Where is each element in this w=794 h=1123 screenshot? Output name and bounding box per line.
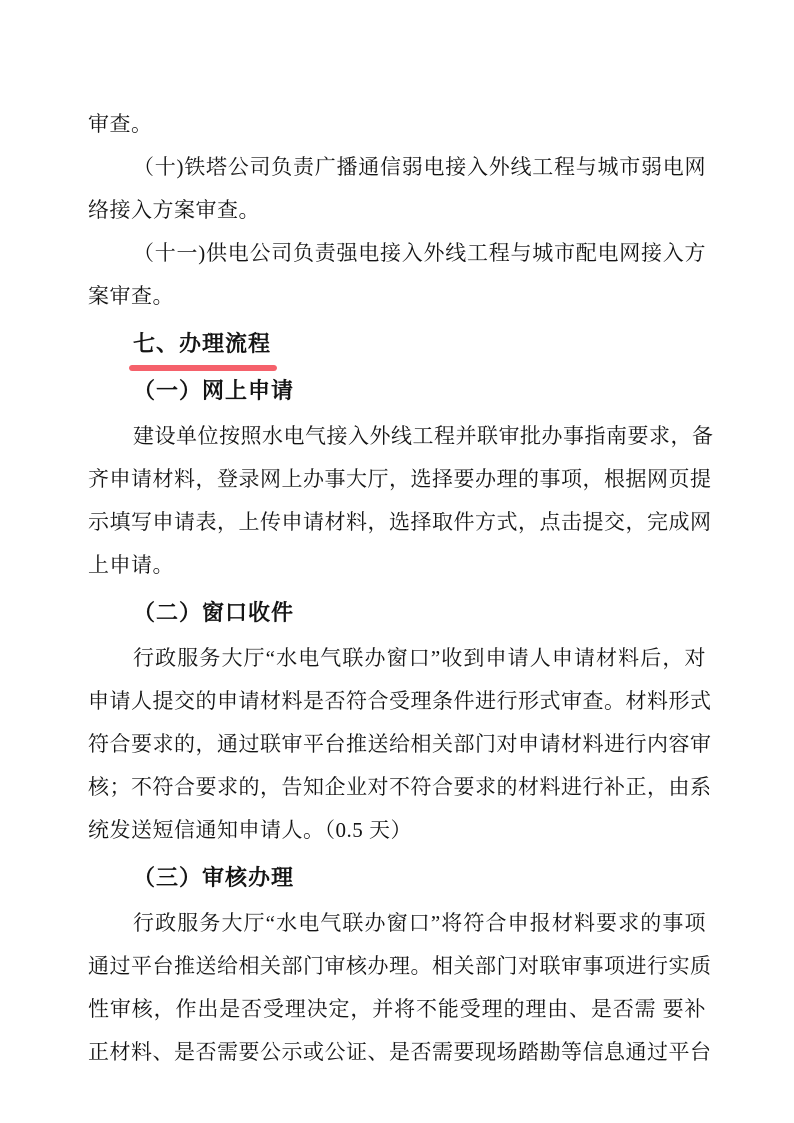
text-line: 正材料、是否需要公示或公证、是否需要现场踏勘等信息通过平台	[88, 1031, 706, 1074]
text-line: 案审查。	[88, 275, 706, 318]
line-text: 审查。	[88, 112, 153, 136]
line-text: 齐申请材料，登录网上办事大厅，选择要办理的事项，根据网页提	[88, 467, 712, 491]
line-text: （十)铁塔公司负责广播通信弱电接入外线工程与城市弱电网	[133, 155, 706, 179]
line-text: 正材料、是否需要公示或公证、是否需要现场踏勘等信息通过平台	[88, 1040, 712, 1064]
text-line: 审查。	[88, 103, 706, 146]
line-text: 示填写申请表，上传申请材料，选择取件方式，点击提交，完成网	[88, 510, 712, 534]
text-line: （三）审核办理	[88, 856, 706, 899]
text-line: 行政服务大厅“水电气联办窗口”收到申请人申请材料后，对	[88, 637, 706, 680]
text-line: 行政服务大厅“水电气联办窗口”将符合申报材料要求的事项	[88, 902, 706, 945]
line-text: 统发送短信通知申请人。（0.5 天）	[88, 818, 412, 842]
text-line: （二）窗口收件	[88, 591, 706, 634]
line-text: （十一)供电公司负责强电接入外线工程与城市配电网接入方	[133, 241, 706, 265]
line-text: 络接入方案审查。	[88, 198, 260, 222]
text-line: 络接入方案审查。	[88, 189, 706, 232]
text-line: 统发送短信通知申请人。（0.5 天）	[88, 809, 706, 852]
text-line: 示填写申请表，上传申请材料，选择取件方式，点击提交，完成网	[88, 501, 706, 544]
text-line: （十一)供电公司负责强电接入外线工程与城市配电网接入方	[88, 232, 706, 275]
document-page: 审查。（十)铁塔公司负责广播通信弱电接入外线工程与城市弱电网络接入方案审查。（十…	[0, 0, 794, 1123]
text-line: 齐申请材料，登录网上办事大厅，选择要办理的事项，根据网页提	[88, 458, 706, 501]
line-text: 行政服务大厅“水电气联办窗口”收到申请人申请材料后，对	[133, 646, 706, 670]
text-line: 核；不符合要求的，告知企业对不符合要求的材料进行补正，由系	[88, 766, 706, 809]
text-line: 申请人提交的申请材料是否符合受理条件进行形式审查。材料形式	[88, 680, 706, 723]
line-text: （三）审核办理	[133, 856, 294, 899]
line-text: 申请人提交的申请材料是否符合受理条件进行形式审查。材料形式	[88, 689, 712, 713]
text-line: 符合要求的，通过联审平台推送给相关部门对申请材料进行内容审	[88, 723, 706, 766]
line-text: 性审核，作出是否受理决定，并将不能受理的理由、是否需 要补	[88, 997, 706, 1021]
line-text: 七、办理流程	[133, 322, 271, 365]
document-content: 审查。（十)铁塔公司负责广播通信弱电接入外线工程与城市弱电网络接入方案审查。（十…	[0, 0, 794, 1074]
line-text: 核；不符合要求的，告知企业对不符合要求的材料进行补正，由系	[88, 775, 712, 799]
line-text: （二）窗口收件	[133, 591, 294, 634]
line-text: 通过平台推送给相关部门审核办理。相关部门对联审事项进行实质	[88, 954, 712, 978]
line-text: （一）网上申请	[133, 369, 294, 412]
text-line: 性审核，作出是否受理决定，并将不能受理的理由、是否需 要补	[88, 988, 706, 1031]
line-text: 上申请。	[88, 553, 174, 577]
line-text: 符合要求的，通过联审平台推送给相关部门对申请材料进行内容审	[88, 732, 712, 756]
text-line: （一）网上申请	[88, 369, 706, 412]
text-line: （十)铁塔公司负责广播通信弱电接入外线工程与城市弱电网	[88, 146, 706, 189]
line-text: 行政服务大厅“水电气联办窗口”将符合申报材料要求的事项	[133, 911, 706, 935]
text-line: 通过平台推送给相关部门审核办理。相关部门对联审事项进行实质	[88, 945, 706, 988]
line-text: 建设单位按照水电气接入外线工程并联审批办事指南要求，备	[133, 424, 714, 448]
text-line: 七、办理流程	[88, 322, 706, 365]
line-text: 案审查。	[88, 284, 174, 308]
text-line: 上申请。	[88, 544, 706, 587]
text-line: 建设单位按照水电气接入外线工程并联审批办事指南要求，备	[88, 415, 706, 458]
